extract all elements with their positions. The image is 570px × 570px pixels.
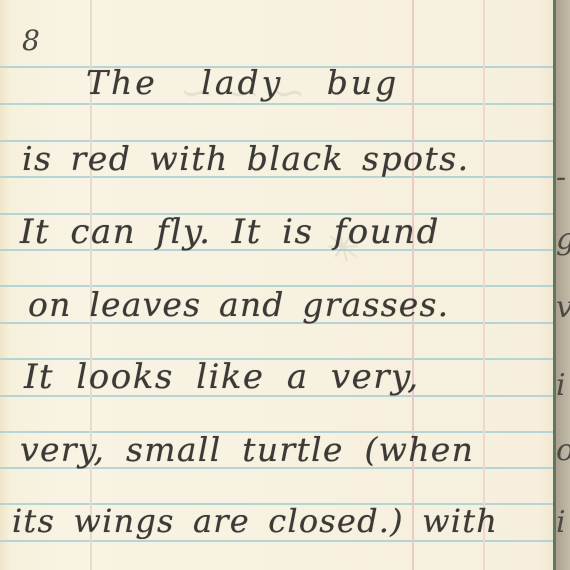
adjacent-page-glyph: g	[556, 222, 570, 257]
handwritten-line-4: on leaves and grasses.	[28, 288, 449, 321]
notebook-page: ~ ~ ~ ✳ 8 The lady bug is red with black…	[0, 0, 554, 570]
handwritten-line-3: It can fly. It is found	[20, 215, 440, 249]
adjacent-page-glyph: -	[556, 160, 566, 195]
adjacent-page-glyph: i	[556, 505, 566, 540]
handwritten-line-2: is red with black spots.	[22, 142, 470, 175]
handwritten-line-7: its wings are closed.) with	[12, 505, 498, 537]
handwritten-line-1: The lady bug	[86, 66, 399, 99]
rule-line	[0, 540, 554, 542]
adjacent-page-glyph: o	[556, 433, 570, 468]
adjacent-page-glyph: i	[556, 368, 566, 403]
page-number: 8	[22, 24, 40, 57]
handwritten-line-5: It looks like a very,	[24, 360, 420, 394]
handwritten-line-6: very, small turtle (when	[20, 433, 474, 466]
adjacent-page-glyph: v	[556, 290, 570, 325]
adjacent-page-sliver: - g v i o i	[556, 0, 570, 570]
notebook-scan: ~ ~ ~ ✳ 8 The lady bug is red with black…	[0, 0, 570, 570]
right-margin-line-2	[483, 0, 485, 570]
